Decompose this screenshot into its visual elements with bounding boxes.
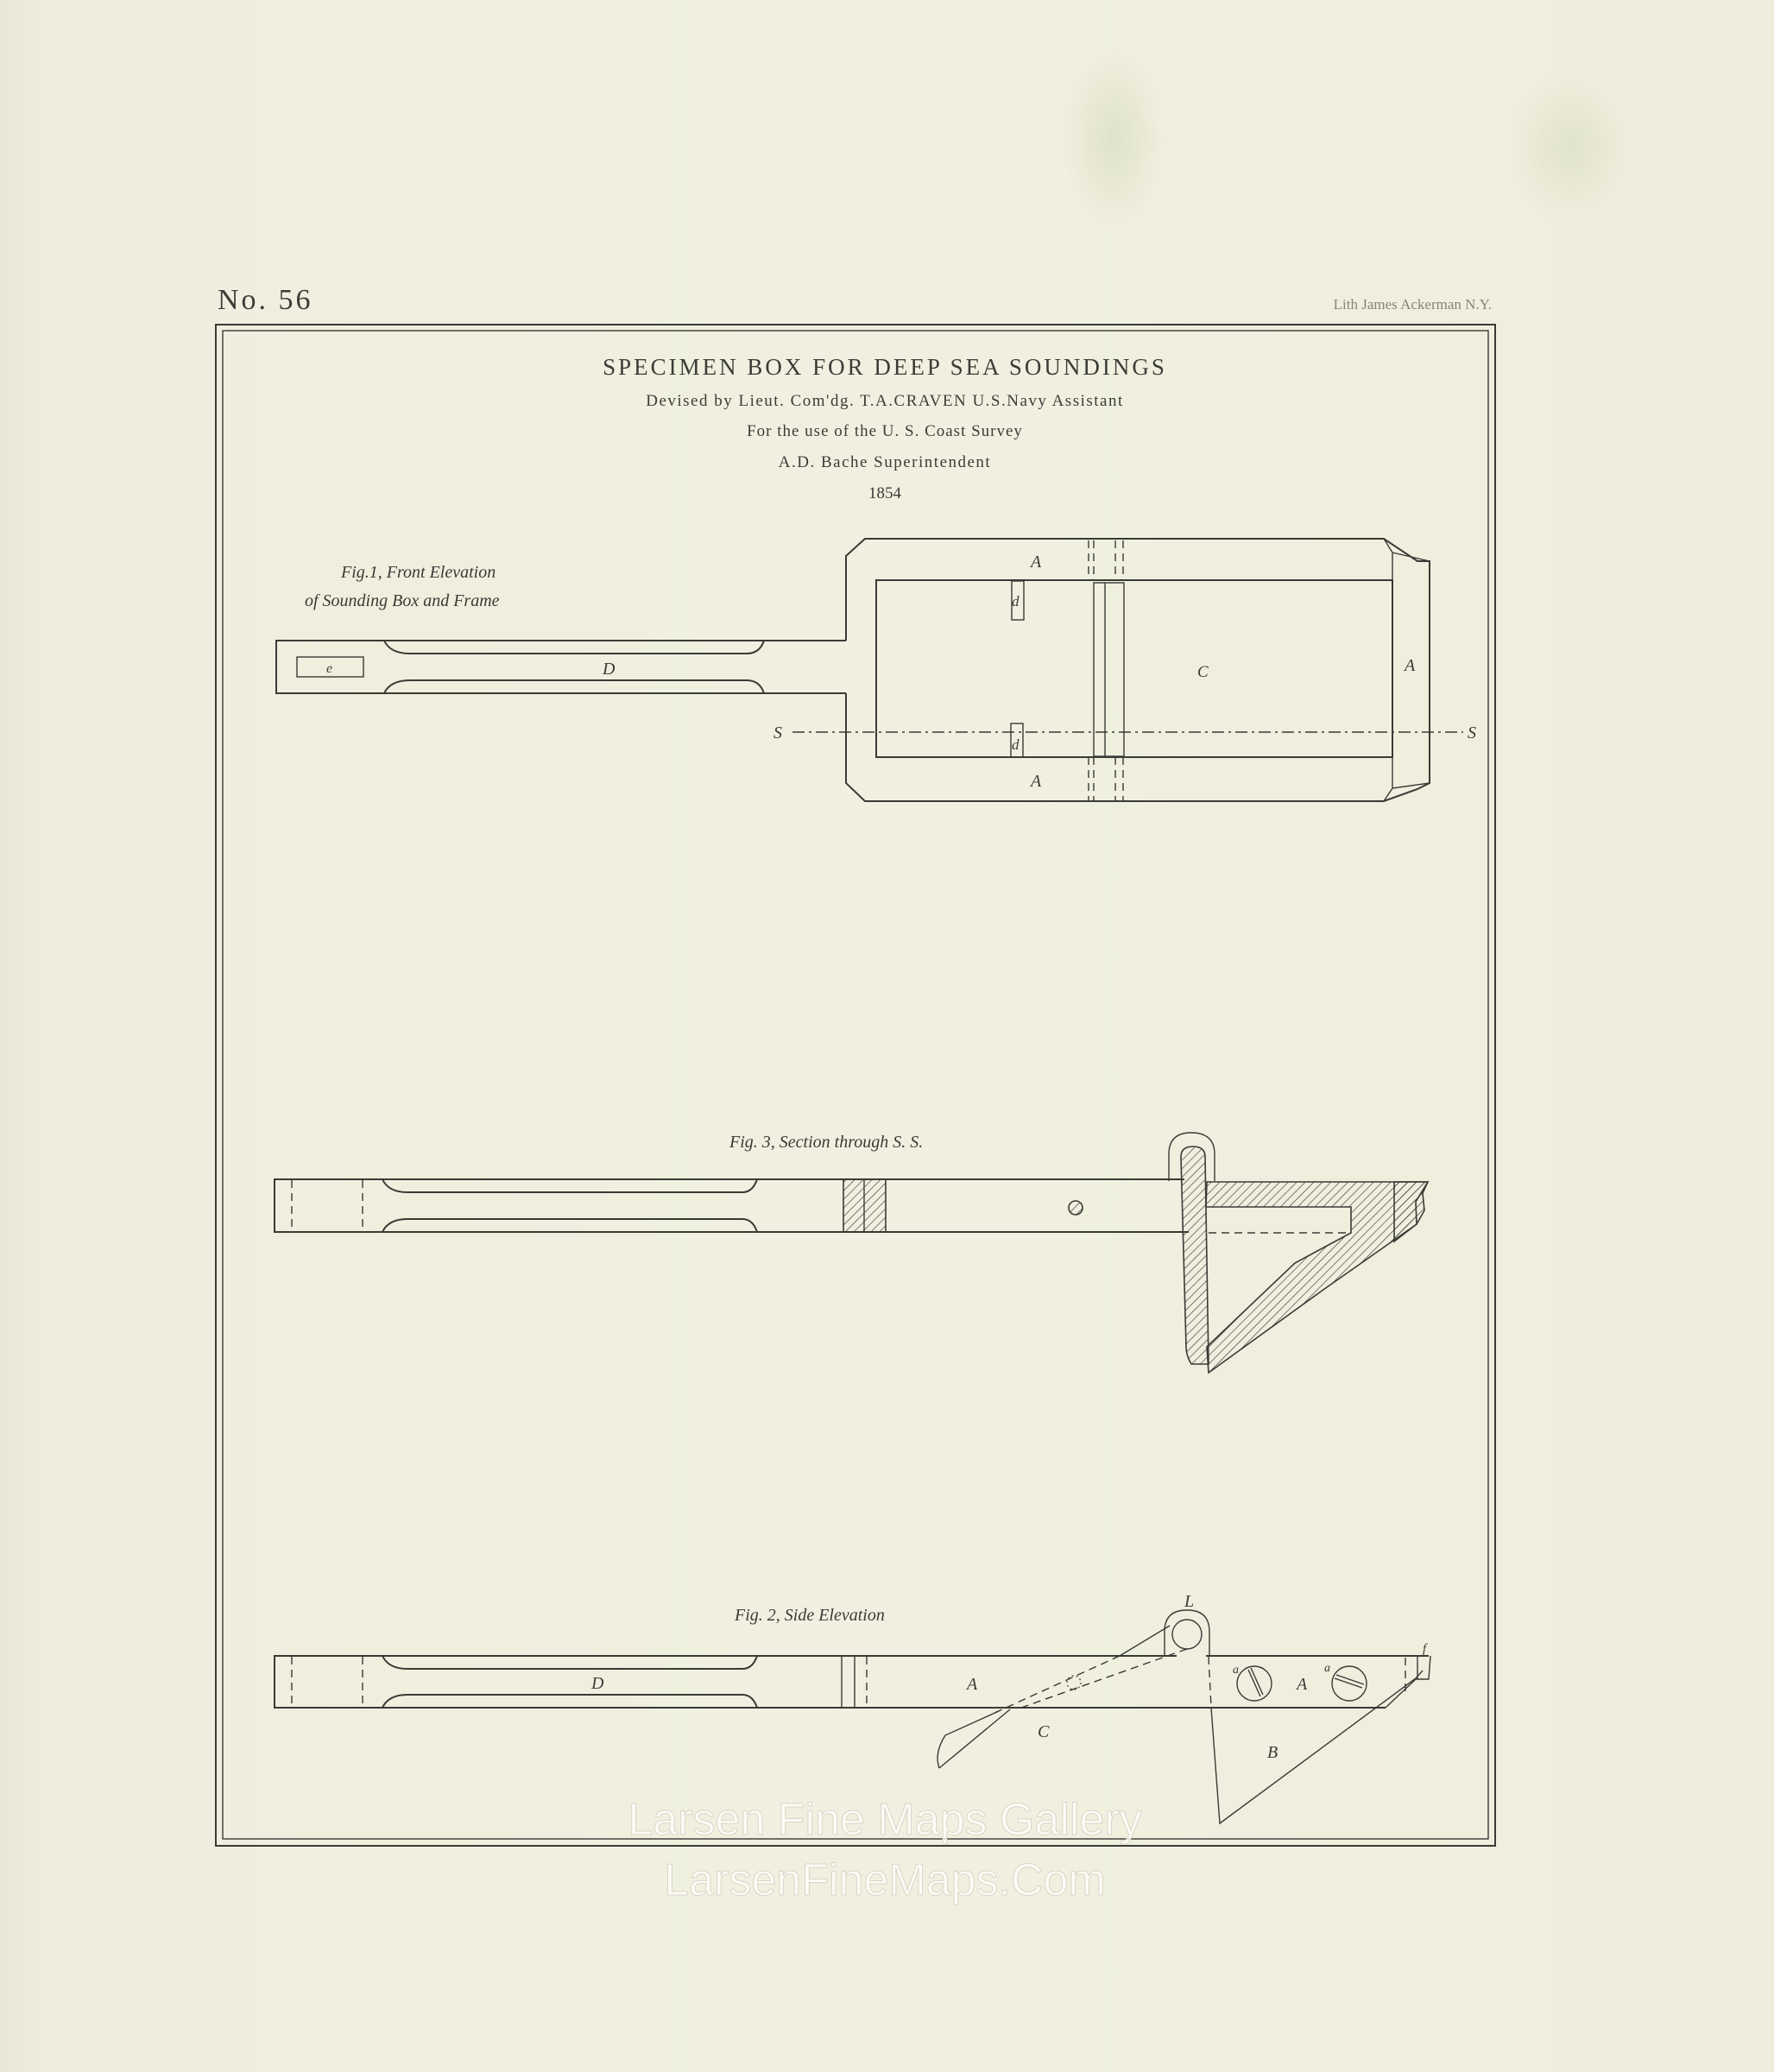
subtitle-devised: Devised by Lieut. Com'dg. T.A.CRAVEN U.S… bbox=[646, 392, 1124, 410]
plate-title: SPECIMEN BOX FOR DEEP SEA SOUNDINGS bbox=[603, 354, 1167, 380]
fig1-caption-line2: of Sounding Box and Frame bbox=[305, 591, 500, 610]
fig2-arm-C bbox=[938, 1626, 1170, 1768]
label-S-right: S bbox=[1468, 723, 1476, 742]
watermark-line1: Larsen Fine Maps Gallery bbox=[628, 1795, 1141, 1845]
fig2-label-D: D bbox=[590, 1674, 604, 1693]
fig3-pin bbox=[1069, 1201, 1083, 1215]
plate-number: No. 56 bbox=[218, 284, 313, 316]
subtitle-superintendent: A.D. Bache Superintendent bbox=[779, 453, 991, 471]
label-A-top: A bbox=[1029, 553, 1042, 572]
label-C: C bbox=[1197, 663, 1209, 681]
label-A-bottom: A bbox=[1029, 772, 1042, 791]
fig1-inner-window bbox=[876, 580, 1392, 757]
plate-year: 1854 bbox=[868, 484, 902, 502]
fig2-plate-B bbox=[1211, 1671, 1423, 1823]
fig2-label-L: L bbox=[1184, 1592, 1194, 1611]
fig3-bar bbox=[275, 1179, 1189, 1232]
fig2-label-f: f bbox=[1423, 1642, 1428, 1656]
fig1-groove-top bbox=[384, 641, 764, 654]
fig2-label-a1: a bbox=[1233, 1664, 1239, 1677]
lithographer-credit: Lith James Ackerman N.Y. bbox=[1334, 296, 1492, 313]
fig1-plate-C bbox=[1094, 583, 1124, 756]
fig2-screw-2 bbox=[1332, 1666, 1367, 1701]
fig1-caption-line1: Fig.1, Front Elevation bbox=[340, 563, 496, 582]
engraving-plate: No. 56 Lith James Ackerman N.Y. SPECIMEN… bbox=[0, 0, 1774, 2072]
fig3-section: Fig. 3, Section through S. S. bbox=[275, 1133, 1428, 1373]
fig1-frame-outer bbox=[846, 539, 1430, 801]
label-e: e bbox=[326, 661, 332, 676]
fig2-label-A-left: A bbox=[965, 1675, 978, 1694]
fig2-label-B: B bbox=[1267, 1743, 1278, 1762]
fig1-groove-bottom bbox=[384, 680, 764, 693]
label-S-left: S bbox=[773, 723, 782, 742]
fig1-front-elevation: Fig.1, Front Elevation of Sounding Box a… bbox=[276, 539, 1476, 801]
fig2-bar bbox=[275, 1656, 1386, 1708]
watermark: Larsen Fine Maps Gallery LarsenFineMaps.… bbox=[628, 1795, 1141, 1905]
fig3-caption: Fig. 3, Section through S. S. bbox=[729, 1133, 923, 1152]
fig2-screw-1 bbox=[1237, 1666, 1272, 1701]
fig2-label-C: C bbox=[1038, 1722, 1050, 1741]
fig2-label-a2: a bbox=[1324, 1662, 1330, 1675]
fig3-hatched-bail bbox=[1181, 1147, 1209, 1364]
label-d-bottom: d bbox=[1012, 736, 1020, 753]
label-D: D bbox=[602, 660, 616, 679]
title-block: SPECIMEN BOX FOR DEEP SEA SOUNDINGS Devi… bbox=[603, 354, 1167, 502]
fig2-caption: Fig. 2, Side Elevation bbox=[734, 1606, 885, 1625]
label-d-top: d bbox=[1012, 593, 1020, 610]
fig2-side-elevation: Fig. 2, Side Elevation D A L C B a bbox=[275, 1592, 1430, 1823]
watermark-line2: LarsenFineMaps.Com bbox=[664, 1855, 1106, 1905]
fig2-label-A-right: A bbox=[1295, 1675, 1308, 1694]
subtitle-coast-survey: For the use of the U. S. Coast Survey bbox=[747, 422, 1023, 440]
label-A-right: A bbox=[1403, 656, 1416, 675]
